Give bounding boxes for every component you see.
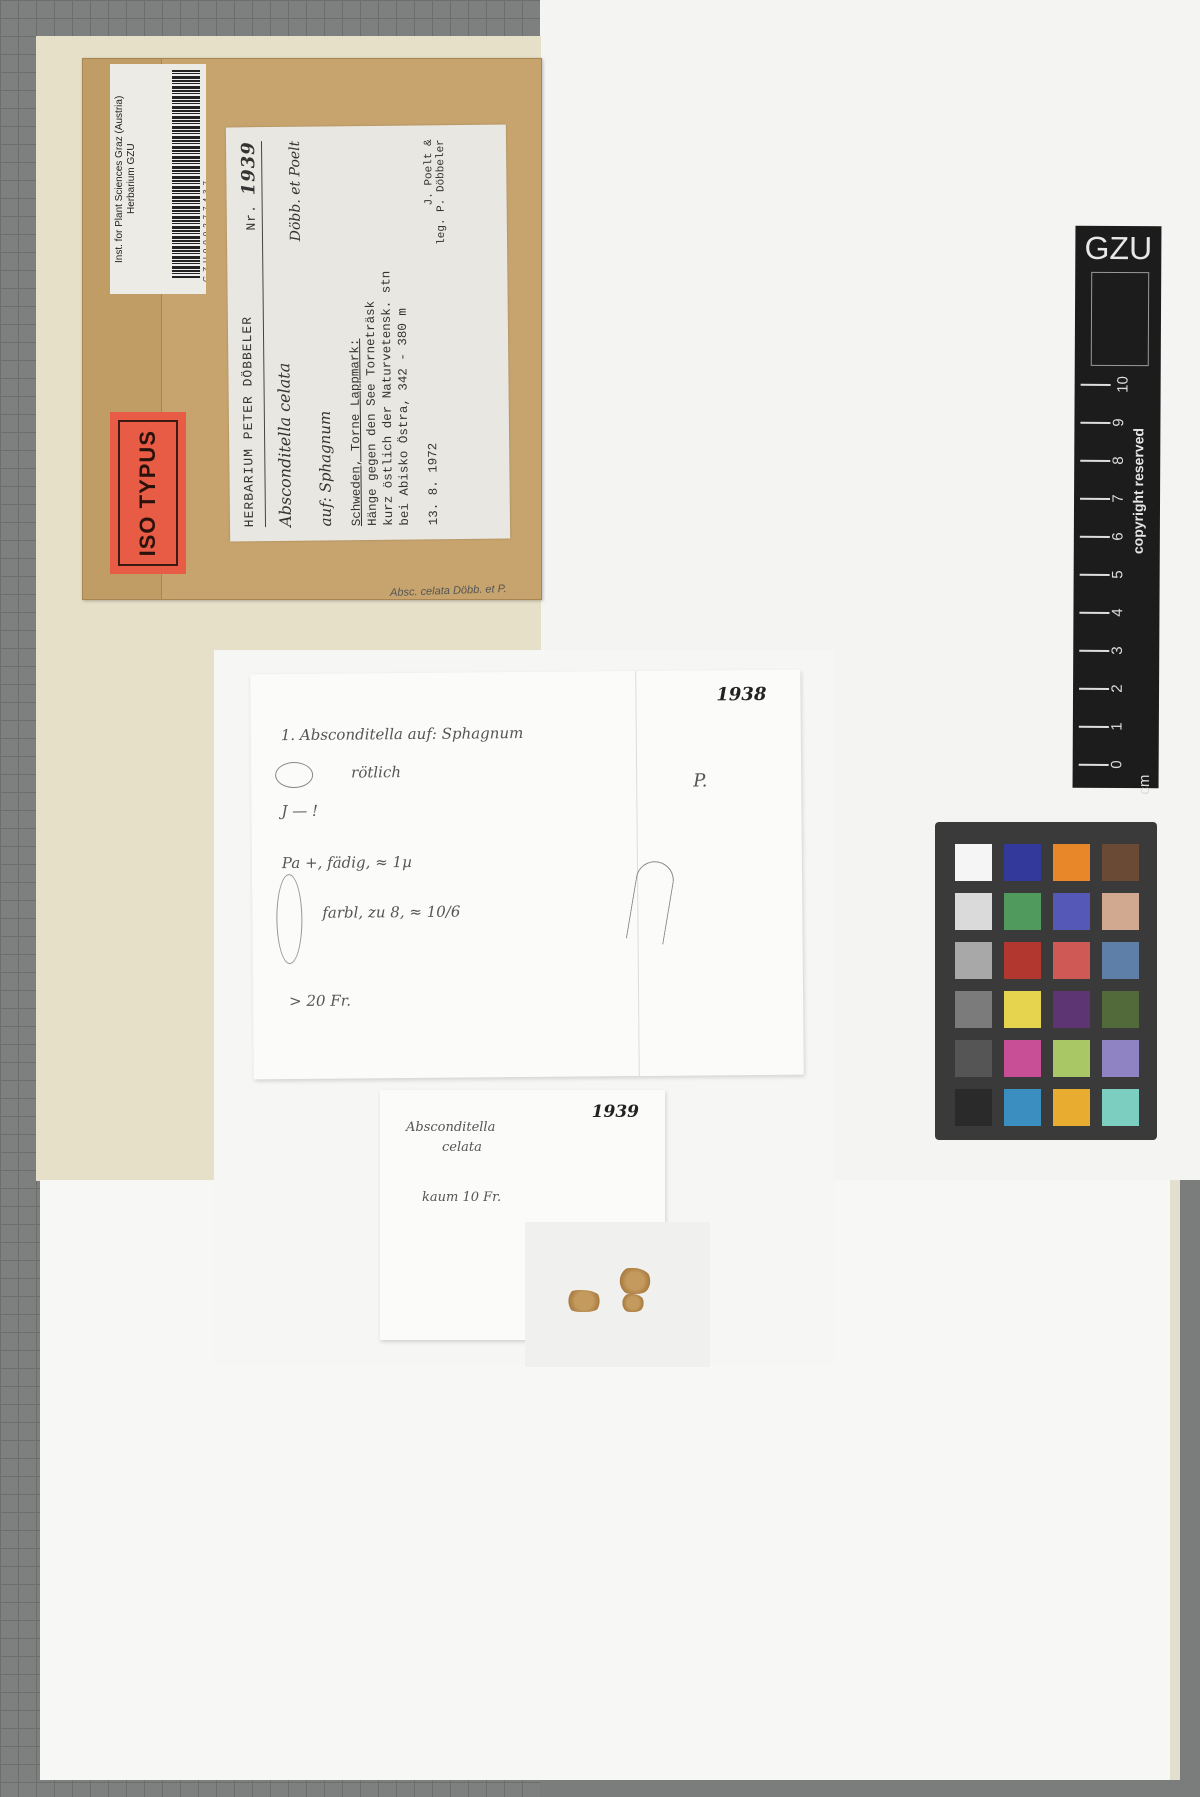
tick-label: 10 bbox=[1114, 376, 1131, 393]
tick-label: 8 bbox=[1110, 456, 1127, 464]
color-swatch bbox=[1053, 893, 1090, 930]
color-swatch bbox=[1102, 1089, 1139, 1126]
tick-label: 5 bbox=[1109, 570, 1126, 578]
packet-taxon: Absconditella bbox=[406, 1120, 495, 1135]
color-swatch bbox=[1004, 1040, 1041, 1077]
color-swatch bbox=[955, 893, 992, 930]
color-calibration-card bbox=[935, 822, 1157, 1140]
note-marker: P. bbox=[693, 770, 707, 791]
color-swatch bbox=[955, 991, 992, 1028]
color-swatch bbox=[1004, 942, 1041, 979]
ascus-sketch-icon bbox=[276, 874, 303, 964]
moss-fragment bbox=[621, 1294, 645, 1312]
tick-label: 4 bbox=[1109, 608, 1126, 616]
specimen-number: 1939 bbox=[238, 141, 260, 195]
tick-label: 2 bbox=[1109, 684, 1126, 692]
legit: leg. P. Döbbeler bbox=[435, 139, 448, 245]
color-swatch bbox=[1053, 1089, 1090, 1126]
color-swatch bbox=[1102, 942, 1139, 979]
color-swatch bbox=[1004, 893, 1041, 930]
spore-sketch-icon bbox=[626, 858, 677, 944]
color-swatch bbox=[1102, 893, 1139, 930]
type-status-text: ISO TYPUS bbox=[135, 430, 161, 556]
scale-title: GZU bbox=[1075, 230, 1161, 267]
packet-epithet: celata bbox=[442, 1140, 482, 1155]
apothecium-sketch-icon bbox=[275, 762, 313, 788]
herbarium-name: Herbarium GZU bbox=[126, 72, 138, 286]
tick-label: 0 bbox=[1108, 760, 1125, 768]
color-swatches bbox=[955, 844, 1139, 1126]
note-line: 1. Absconditella auf: Sphagnum bbox=[281, 724, 524, 744]
packet-number: 1939 bbox=[592, 1102, 639, 1122]
color-swatch bbox=[1102, 1040, 1139, 1077]
barcode-icon bbox=[172, 70, 200, 278]
color-swatch bbox=[1053, 844, 1090, 881]
institution-name: Inst. for Plant Sciences Graz (Austria) bbox=[114, 72, 126, 286]
collectors: J. Poelt & bbox=[423, 139, 436, 245]
locality: Schweden, Torne Lappmark: Hänge gegen de… bbox=[345, 140, 413, 527]
note-line: > 20 Fr. bbox=[289, 992, 351, 1011]
note-line: farbl, zu 8, ≈ 10/6 bbox=[322, 903, 460, 922]
number-prefix: Nr. bbox=[244, 204, 259, 231]
color-swatch bbox=[1053, 991, 1090, 1028]
type-status-label: ISO TYPUS bbox=[110, 412, 186, 574]
color-swatch bbox=[955, 844, 992, 881]
color-swatch bbox=[955, 1089, 992, 1126]
scale-bar: GZU 10 9 8 7 6 5 4 3 2 1 0 cm copyright … bbox=[1073, 226, 1162, 788]
color-swatch bbox=[1053, 1040, 1090, 1077]
locality-line: bei Abisko Östra, 342 - 380 m bbox=[393, 140, 413, 526]
note-line: Pa +, fädig, ≈ 1µ bbox=[282, 853, 412, 872]
color-swatch bbox=[1004, 991, 1041, 1028]
tick-label: 6 bbox=[1109, 532, 1126, 540]
substrate: auf: Sphagnum bbox=[313, 140, 335, 526]
color-swatch bbox=[1004, 1089, 1041, 1126]
tick-label: 7 bbox=[1110, 494, 1127, 502]
specimen-material-photo bbox=[525, 1222, 710, 1367]
note-line: J — ! bbox=[281, 802, 318, 820]
color-swatch bbox=[1053, 942, 1090, 979]
ruler-ticks bbox=[1079, 384, 1111, 782]
barcode-institution-text: Inst. for Plant Sciences Graz (Austria) … bbox=[114, 72, 172, 286]
moss-fragment bbox=[618, 1268, 652, 1294]
color-swatch bbox=[1102, 844, 1139, 881]
copyright-text: copyright reserved bbox=[1129, 376, 1156, 606]
barcode-number: GZU000277437 bbox=[202, 74, 206, 282]
note-number: 1938 bbox=[716, 684, 766, 705]
note-line: rötlich bbox=[351, 763, 401, 781]
moss-fragment bbox=[565, 1290, 603, 1312]
tick-label: 9 bbox=[1110, 418, 1127, 426]
barcode-label: Inst. for Plant Sciences Graz (Austria) … bbox=[110, 64, 206, 294]
color-swatch bbox=[1102, 991, 1139, 1028]
tick-label: 3 bbox=[1109, 646, 1126, 654]
color-swatch bbox=[955, 942, 992, 979]
packet-note: kaum 10 Fr. bbox=[422, 1190, 501, 1205]
country-region: Schweden, Torne Lappmark: bbox=[348, 339, 364, 527]
tick-label: 1 bbox=[1109, 722, 1126, 730]
collection-date: 13. 8. 1972 bbox=[426, 443, 451, 526]
field-note-paper: 1938 1. Absconditella auf: Sphagnum rötl… bbox=[250, 670, 804, 1080]
label-header: HERBARIUM PETER DÖBBELER Nr. 1939 bbox=[238, 141, 266, 527]
color-swatch bbox=[1004, 844, 1041, 881]
specimen-label: HERBARIUM PETER DÖBBELER Nr. 1939 Abscon… bbox=[226, 125, 510, 542]
color-swatch bbox=[955, 1040, 992, 1077]
herbarium-title: HERBARIUM PETER DÖBBELER bbox=[240, 316, 263, 527]
scale-unit: cm bbox=[1136, 775, 1153, 795]
building-logo-icon bbox=[1091, 272, 1149, 366]
